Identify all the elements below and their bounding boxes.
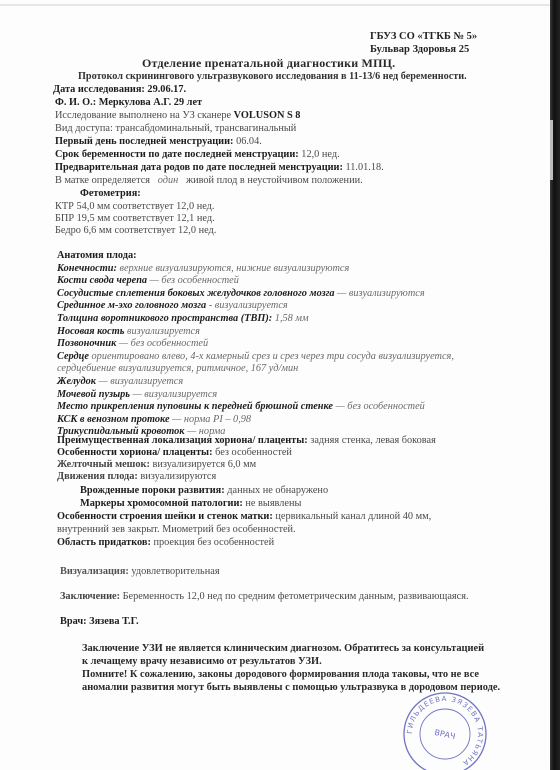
exam-date-value: 29.06.17. bbox=[147, 84, 186, 95]
movement-row: Движения плода: визуализируются bbox=[57, 471, 216, 483]
conclusion-value: Беременность 12,0 нед по средним фетомет… bbox=[123, 591, 469, 602]
patient-name-value: Меркулова А.Г. 29 лет bbox=[99, 97, 202, 108]
anatomy-item-label: Конечности: bbox=[57, 263, 117, 274]
doctor-row: Врач: Зязева Т.Г. bbox=[60, 616, 139, 628]
doctor-stamp: ГИЛЬДЕЕВА ЗЯЗЕВА ТАТЬЯНА ВРАЧ bbox=[401, 690, 489, 770]
fetometry-row: Бедро 6,6 мм соответствует 12,0 нед. bbox=[55, 225, 216, 237]
anatomy-item: КСК в венозном протоке — норма PI – 0,98 bbox=[57, 414, 251, 426]
fetometry-row: КТР 54,0 мм соответствует 12,0 нед. bbox=[55, 201, 214, 213]
anatomy-item-value: 1,58 мм bbox=[275, 313, 309, 324]
markers-label: Маркеры хромосомной патологии: bbox=[80, 498, 243, 509]
placenta-features-row: Особенности хориона/ плаценты: без особе… bbox=[57, 447, 292, 459]
cervix-label: Особенности строения шейки и стенок матк… bbox=[57, 511, 273, 522]
anatomy-item-label: Мочевой пузырь bbox=[57, 389, 130, 400]
anatomy-item-value: — без особенностей bbox=[119, 338, 208, 349]
anatomy-item-label: Место прикрепления пуповины к передней б… bbox=[57, 401, 333, 412]
svg-text:ВРАЧ: ВРАЧ bbox=[434, 728, 457, 741]
conclusion-label: Заключение: bbox=[60, 591, 120, 602]
department-title: Отделение пренатальной диагностики МПЦ. bbox=[142, 57, 395, 69]
visualization-label: Визуализация: bbox=[60, 566, 129, 577]
cervix-row: Особенности строения шейки и стенок матк… bbox=[57, 511, 431, 523]
anatomy-item-value: — без особенностей bbox=[336, 401, 425, 412]
yolk-sac-row: Желточный мешок: визуализируется 6,0 мм bbox=[57, 459, 256, 471]
anatomy-item-label: Кости свода черепа bbox=[57, 275, 147, 286]
exam-date-label: Дата исследования: bbox=[53, 84, 145, 95]
anatomy-item-label: Толщина воротникового пространства (ТВП)… bbox=[57, 313, 272, 324]
institution-name: ГБУЗ СО «ТГКБ № 5» bbox=[370, 31, 477, 43]
yolk-sac-value: визуализируется 6,0 мм bbox=[152, 459, 256, 470]
anatomy-item: сердцебиение визуализируется, ритмичное,… bbox=[57, 363, 298, 375]
visualization-value: удовлетворительная bbox=[131, 566, 219, 577]
fetus-count: один bbox=[158, 175, 178, 186]
scanner-row: Исследование выполнено на УЗ сканере VOL… bbox=[55, 110, 300, 122]
adnexa-value: проекция без особенностей bbox=[153, 537, 274, 548]
placenta-location-label: Преимущественная локализация хориона/ пл… bbox=[57, 435, 308, 446]
anatomy-item-label: Сердце bbox=[57, 351, 89, 362]
access-value: трансабдоминальный, трансвагинальный bbox=[115, 123, 296, 134]
access-row: Вид доступа: трансабдоминальный, трансва… bbox=[55, 123, 296, 135]
institution-address: Бульвар Здоровья 25 bbox=[370, 44, 469, 56]
doctor-name: Зязева Т.Г. bbox=[89, 616, 138, 627]
malformations-label: Врожденные пороки развития: bbox=[80, 485, 225, 496]
uterus-suffix: живой плод в неустойчивом положении. bbox=[186, 175, 363, 186]
protocol-title: Протокол скринингового ультразвукового и… bbox=[78, 71, 467, 83]
anatomy-item-label: Желудок bbox=[57, 376, 96, 387]
patient-name-label: Ф. И. О.: bbox=[55, 97, 96, 108]
fetometry-heading: Фетометрия: bbox=[80, 188, 141, 200]
movement-label: Движения плода: bbox=[57, 471, 138, 482]
anatomy-item-label: Сосудистые сплетения боковых желудочков … bbox=[57, 288, 335, 299]
ga-value: 12,0 нед. bbox=[301, 149, 339, 160]
anatomy-item: Носовая кость визуализируется bbox=[57, 326, 200, 338]
edd-row: Предварительная дата родов по дате после… bbox=[55, 162, 384, 174]
doctor-label: Врач: bbox=[60, 616, 87, 627]
scan-edge bbox=[0, 4, 550, 6]
conclusion-row: Заключение: Беременность 12,0 нед по сре… bbox=[60, 591, 469, 603]
fetometry-row: БПР 19,5 мм соответствует 12,1 нед. bbox=[55, 213, 215, 225]
visualization-row: Визуализация: удовлетворительная bbox=[60, 566, 220, 578]
disclaimer-line: к лечащему врачу независимо от результат… bbox=[82, 656, 322, 668]
anatomy-item-value: — визуализируется bbox=[133, 389, 218, 400]
anatomy-item: Место прикрепления пуповины к передней б… bbox=[57, 401, 425, 413]
anatomy-item: Толщина воротникового пространства (ТВП)… bbox=[57, 313, 309, 325]
malformations-value: данных не обнаружено bbox=[227, 485, 328, 496]
placenta-location-row: Преимущественная локализация хориона/ пл… bbox=[57, 435, 436, 447]
exam-date-row: Дата исследования: 29.06.17. bbox=[53, 84, 186, 96]
placenta-features-label: Особенности хориона/ плаценты: bbox=[57, 447, 213, 458]
anatomy-item-value: — норма PI – 0,98 bbox=[172, 414, 251, 425]
anatomy-item-value: сердцебиение визуализируется, ритмичное,… bbox=[57, 363, 298, 374]
document-page: ГБУЗ СО «ТГКБ № 5» Бульвар Здоровья 25 О… bbox=[0, 0, 560, 770]
markers-value: не выявлены bbox=[245, 498, 301, 509]
anatomy-item: Позвоночник — без особенностей bbox=[57, 338, 208, 350]
lmp-label: Первый день последней менструации: bbox=[55, 136, 233, 147]
scan-border bbox=[550, 0, 560, 770]
anatomy-item-value: — визуализируются bbox=[337, 288, 424, 299]
anatomy-item: Сосудистые сплетения боковых желудочков … bbox=[57, 288, 425, 300]
scanner-model: VOLUSON S 8 bbox=[234, 110, 301, 121]
anatomy-item-label: Срединное м-эхо головного мозга bbox=[57, 300, 206, 311]
yolk-sac-label: Желточный мешок: bbox=[57, 459, 150, 470]
edd-label: Предварительная дата родов по дате после… bbox=[55, 162, 343, 173]
adnexa-label: Область придатков: bbox=[57, 537, 151, 548]
lmp-row: Первый день последней менструации: 06.04… bbox=[55, 136, 262, 148]
anatomy-item-value: — без особенностей bbox=[150, 275, 239, 286]
anatomy-item-label: КСК в венозном протоке bbox=[57, 414, 170, 425]
anatomy-item-value: — визуализируется bbox=[99, 376, 184, 387]
anatomy-item: Мочевой пузырь — визуализируется bbox=[57, 389, 217, 401]
disclaimer-line: Помните! К сожалению, законы дородового … bbox=[82, 669, 479, 681]
ga-row: Срок беременности по дате последней менс… bbox=[55, 149, 340, 161]
anatomy-item: Желудок — визуализируется bbox=[57, 376, 183, 388]
uterus-prefix: В матке определяется bbox=[55, 175, 150, 186]
placenta-features-value: без особенностей bbox=[215, 447, 292, 458]
anatomy-item-label: Позвоночник bbox=[57, 338, 116, 349]
edd-value: 11.01.18. bbox=[346, 162, 384, 173]
access-label: Вид доступа: bbox=[55, 123, 113, 134]
scanner-text: Исследование выполнено на УЗ сканере bbox=[55, 110, 231, 121]
cervix-continued: внутренний зев закрыт. Миометрий без осо… bbox=[57, 524, 296, 536]
anatomy-item: Кости свода черепа — без особенностей bbox=[57, 275, 239, 287]
patient-row: Ф. И. О.: Меркулова А.Г. 29 лет bbox=[55, 97, 202, 109]
anatomy-item: Сердце ориентировано влево, 4-х камерный… bbox=[57, 351, 454, 363]
uterus-row: В матке определяется один живой плод в н… bbox=[55, 175, 363, 187]
anatomy-item-value: - визуализируется bbox=[209, 300, 288, 311]
placenta-location-value: задняя стенка, левая боковая bbox=[310, 435, 436, 446]
ga-label: Срок беременности по дате последней менс… bbox=[55, 149, 299, 160]
anatomy-heading: Анатомия плода: bbox=[57, 250, 137, 262]
anatomy-item-value: ориентировано влево, 4-х камерный срез и… bbox=[92, 351, 454, 362]
lmp-value: 06.04. bbox=[236, 136, 262, 147]
movement-value: визуализируются bbox=[140, 471, 216, 482]
anatomy-item: Срединное м-эхо головного мозга - визуал… bbox=[57, 300, 288, 312]
anatomy-item: Конечности: верхние визуализируются, ниж… bbox=[57, 263, 349, 275]
cervix-value: цервикальный канал длиной 40 мм, bbox=[275, 511, 431, 522]
anatomy-item-label: Носовая кость bbox=[57, 326, 124, 337]
anatomy-item-value: верхние визуализируются, нижние визуализ… bbox=[119, 263, 349, 274]
malformations-row: Врожденные пороки развития: данных не об… bbox=[80, 485, 328, 497]
markers-row: Маркеры хромосомной патологии: не выявле… bbox=[80, 498, 301, 510]
disclaimer-line: Заключение УЗИ не является клиническим д… bbox=[82, 643, 484, 655]
anatomy-item-value: визуализируется bbox=[127, 326, 200, 337]
adnexa-row: Область придатков: проекция без особенно… bbox=[57, 537, 274, 549]
